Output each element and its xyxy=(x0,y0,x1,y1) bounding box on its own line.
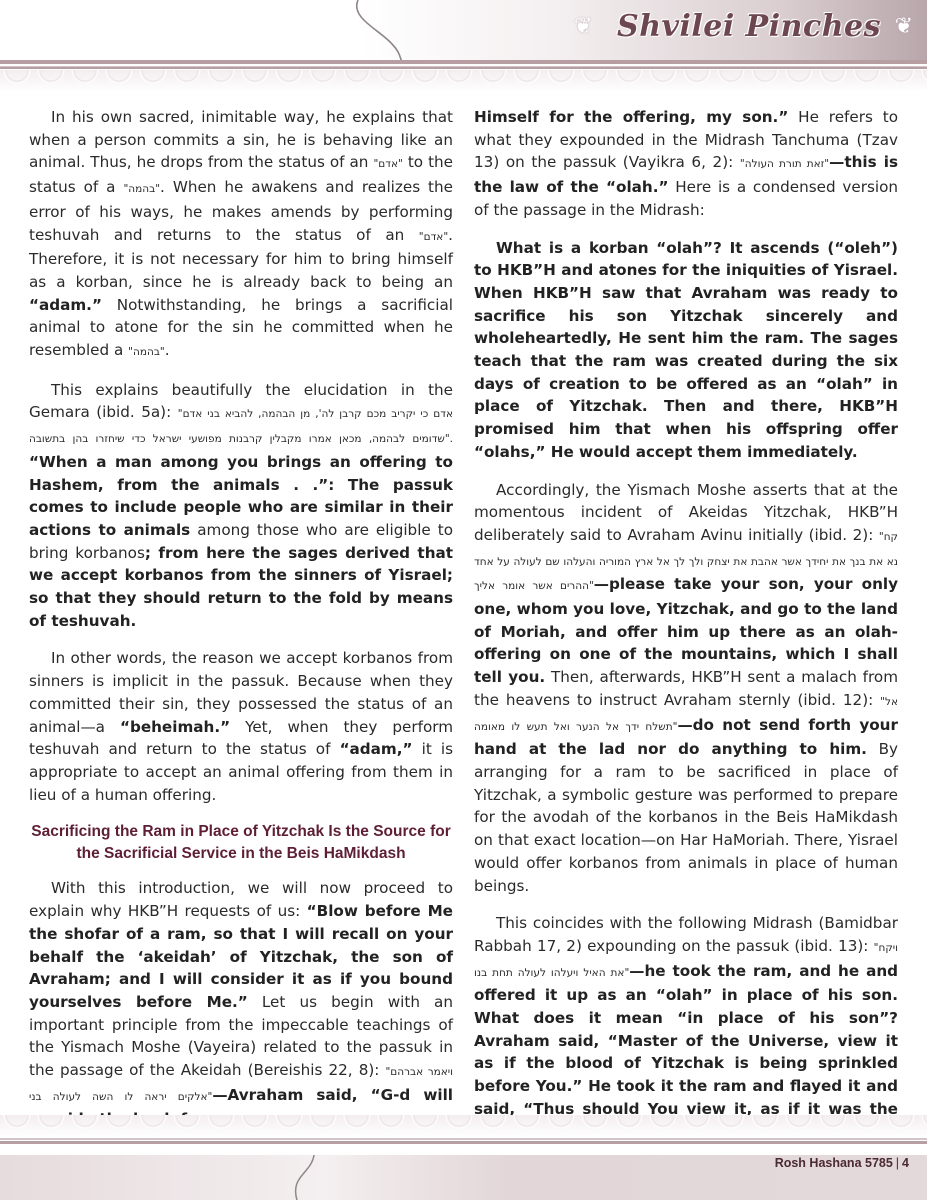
scroll-ornament-icon: ❦ xyxy=(574,14,592,39)
midrash-quote-paragraph: What is a korban “olah”? It ascends (“ol… xyxy=(474,237,898,464)
scroll-ornament-icon: ❦ xyxy=(895,14,913,39)
footer-scrollwork-border xyxy=(0,1115,927,1137)
hebrew-quote: "אדם" xyxy=(419,231,448,243)
paragraph: In his own sacred, inimitable way, he ex… xyxy=(29,106,453,364)
paragraph: Himself for the offering, my son.” He re… xyxy=(474,106,898,222)
paragraph: In other words, the reason we accept kor… xyxy=(29,647,453,806)
paragraph: With this introduction, we will now proc… xyxy=(29,877,453,1131)
footer-rule-thin xyxy=(0,1138,927,1140)
header-rule-lower xyxy=(0,67,927,69)
footer-rule xyxy=(0,1141,927,1144)
footer-separator: | xyxy=(896,1156,899,1170)
hebrew-quote: "בהמה" xyxy=(123,183,160,195)
footer-issue-info: Rosh Hashana 5785|4 xyxy=(775,1156,909,1170)
page-number: 4 xyxy=(902,1156,909,1170)
hebrew-quote: "בהמה" xyxy=(128,346,165,358)
hebrew-quote: "אדם" xyxy=(373,158,402,170)
header-curve-decoration xyxy=(350,0,410,62)
paragraph: Accordingly, the Yismach Moshe asserts t… xyxy=(474,479,898,898)
publication-title: Shvilei Pinches xyxy=(617,9,881,44)
paragraph: This coincides with the following Midras… xyxy=(474,912,898,1143)
hebrew-quote: "זאת תורת העולה" xyxy=(740,158,829,170)
issue-label: Rosh Hashana 5785 xyxy=(775,1156,893,1170)
footer-curve-decoration xyxy=(290,1155,330,1200)
page-header: ❦ Shvilei Pinches ❦ xyxy=(0,0,927,95)
header-rule xyxy=(0,60,927,64)
left-column: In his own sacred, inimitable way, he ex… xyxy=(29,106,453,1146)
header-scrollwork-border xyxy=(0,70,927,92)
right-column: Himself for the offering, my son.” He re… xyxy=(474,106,898,1158)
paragraph: This explains beautifully the elucidatio… xyxy=(29,379,453,633)
page-footer: Rosh Hashana 5785|4 xyxy=(0,1115,927,1200)
section-heading: Sacrificing the Ram in Place of Yitzchak… xyxy=(29,821,453,865)
